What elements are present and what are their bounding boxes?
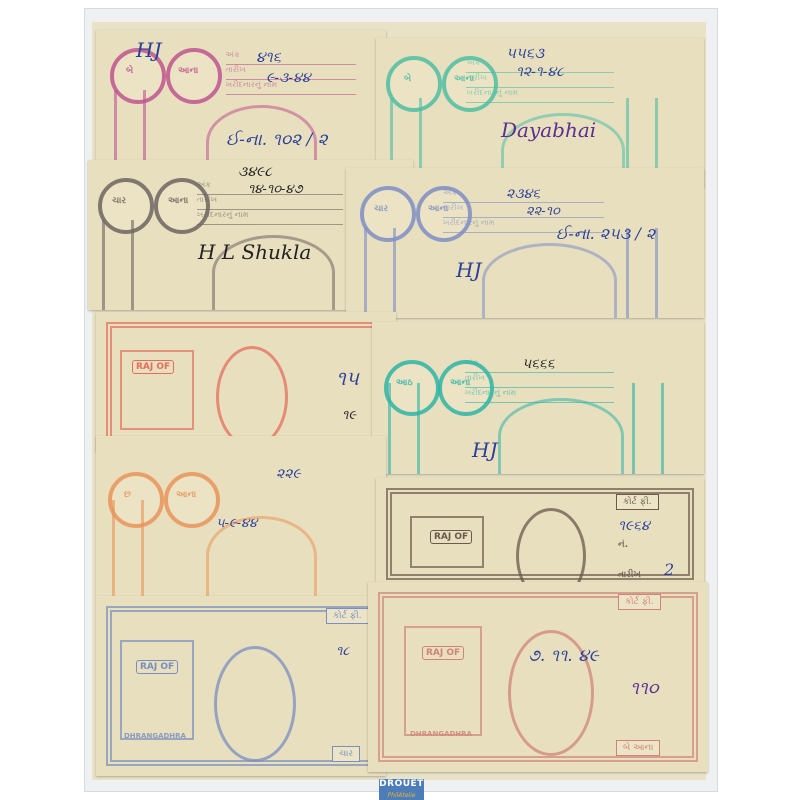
fee-label: કોર્ટ ફી.	[618, 594, 661, 610]
handwritten-number: ૧૫	[336, 366, 359, 390]
stamp-blue-palace: ચાર આના અંકતારીખખરીદનારનું નામ ૨૩૪૬ ૨૨-૧…	[346, 168, 704, 318]
crest-label: RAJ OF	[430, 530, 472, 544]
value-label: બે	[126, 66, 133, 76]
handwritten-initials: HJ	[136, 38, 161, 62]
crest-label: RAJ OF	[422, 646, 464, 660]
handwritten-date: 2	[664, 560, 674, 579]
handwritten-date: ૫-૯-૪૪	[216, 516, 257, 531]
value-label: બે આના	[616, 740, 660, 756]
crest-label: RAJ OF	[132, 360, 174, 374]
stamp-blue-dhrangadhra: RAJ OF DHRANGADHRA કોર્ટ ફી. ૧૮ ચાર	[96, 596, 386, 776]
fee-label: કોર્ટ ફી.	[326, 608, 369, 624]
handwritten-date: ૧૪-૧૦-૪૭	[248, 182, 303, 197]
watermark-line2: PhilAtelie	[379, 790, 424, 800]
handwritten-signature: H L Shukla	[198, 240, 311, 264]
handwritten-extra: ૧૯	[342, 408, 356, 423]
place-label: DHRANGADHRA	[410, 730, 472, 738]
value-unit: આના	[176, 490, 196, 500]
value-label: ચાર	[112, 196, 126, 206]
handwritten-initials: HJ	[456, 258, 481, 282]
handwritten-number: ૫૫૬૩	[506, 44, 544, 62]
value-label: છ	[124, 490, 131, 500]
stamp-magenta-palace: બે આના અંકતારીખખરીદનારનું નામ HJ ૪૧૬ ૯-૩…	[96, 30, 386, 180]
place-label: DHRANGADHRA	[124, 732, 186, 740]
handwritten-number: ૧૯૬૪	[618, 518, 650, 534]
handwritten-number: ૨૨૯	[276, 466, 301, 482]
handwritten-reference: ઈ-ના. ૧૦૨ / ૨	[226, 130, 328, 150]
handwritten-reference: ઈ-ના. ૨૫૩ / ૨	[556, 224, 655, 244]
handwritten-initials: HJ	[472, 438, 497, 462]
value-unit: આના	[178, 66, 198, 76]
value-label: બે	[404, 74, 411, 84]
stamp-red-dhrangadhra: RAJ OF ૧૫ ૧૯	[96, 312, 396, 452]
handwritten-date: ૯-૩-૪૪	[266, 70, 310, 86]
handwritten-number: ૧૧૦	[630, 678, 658, 699]
stamp-orange-palace: છ આના ૨૨૯ ૫-૯-૪૪	[96, 436, 386, 596]
crest-label: RAJ OF	[136, 660, 178, 674]
stamp-green-palace: બે આના અંકતારીખખરીદનારનું નામ ૫૫૬૩ ૧૨-૧-…	[376, 38, 704, 188]
handwritten-signature: Dayabhai	[501, 118, 596, 142]
handwritten-number: ૩૪૯૮	[238, 164, 272, 180]
handwritten-date: ૨૨-૧૦	[526, 204, 560, 219]
handwritten-number: ૫૬૬૬	[522, 356, 555, 372]
handwritten-number: ૨૩૪૬	[506, 186, 540, 202]
handwritten-number: ૧૮	[336, 644, 350, 659]
value-label: ચાર	[332, 746, 360, 762]
drouet-watermark-logo: DROUET PhilAtelie	[379, 779, 424, 800]
field-date-label: તારીખ	[618, 570, 641, 580]
watermark-line1: DROUET	[379, 779, 424, 790]
stamp-brown-dhrangadhra: RAJ OF કોર્ટ ફી. ૧૯૬૪ નં. તારીખ 2	[376, 478, 704, 590]
handwritten-date: ૧૨-૧-૪૮	[516, 64, 564, 80]
handwritten-date: ૭. ૧૧. ૪૯	[528, 646, 599, 666]
stamp-pink-dhrangadhra: RAJ OF DHRANGADHRA કોર્ટ ફી. ૭. ૧૧. ૪૯ ૧…	[368, 582, 708, 772]
fee-label: કોર્ટ ફી.	[616, 494, 659, 510]
handwritten-number: ૪૧૬	[256, 48, 281, 66]
value-unit: આના	[168, 196, 188, 206]
stamp-teal-palace: આઠ આના અંકતારીખખરીદનારનું નામ ૫૬૬૬ HJ	[372, 322, 704, 474]
value-label: ચાર	[374, 204, 388, 214]
field-no-label: નં.	[618, 540, 628, 550]
